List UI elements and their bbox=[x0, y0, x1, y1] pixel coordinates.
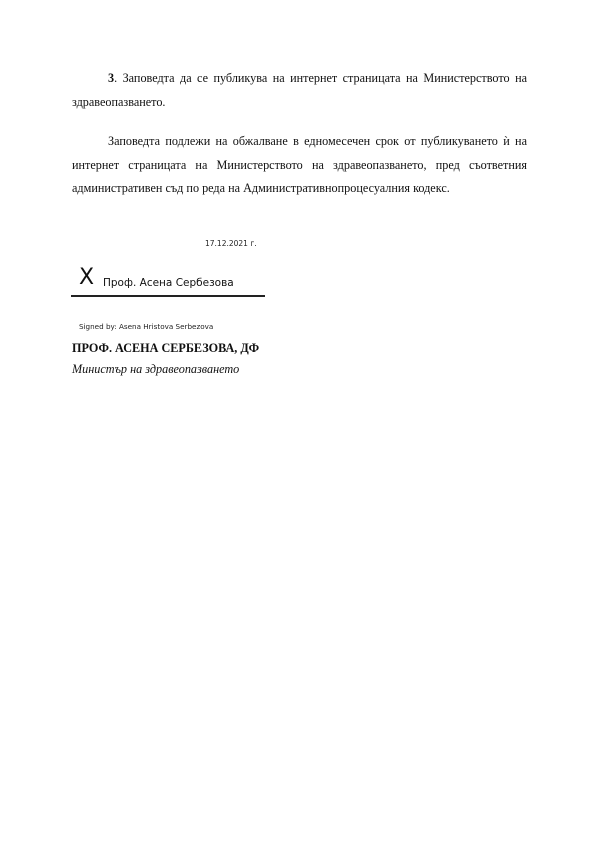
signature-date: 17.12.2021 г. bbox=[205, 239, 257, 248]
paragraph-item-3: 3. Заповедта да се публикува на интернет… bbox=[72, 67, 527, 114]
signature-printed-name: Проф. Асена Сербезова bbox=[103, 277, 234, 289]
signature-line bbox=[71, 295, 265, 297]
paragraph-line: Заповедта подлежи на обжалване в едномес… bbox=[72, 130, 527, 154]
paragraph-line: интернет страницата на Министерството на… bbox=[72, 154, 527, 178]
paragraph-text: . Заповедта да се публикува на интернет … bbox=[114, 71, 527, 85]
paragraph-line: здравеопазването. bbox=[72, 91, 527, 115]
signature-x-mark: X bbox=[79, 266, 94, 290]
signer-title: Министър на здравеопазването bbox=[72, 362, 239, 377]
paragraph-line: 3. Заповедта да се публикува на интернет… bbox=[72, 67, 527, 91]
signed-by-label: Signed by: Asena Hristova Serbezova bbox=[79, 322, 213, 331]
document-page: 3. Заповедта да се публикува на интернет… bbox=[0, 0, 600, 848]
paragraph-appeal: Заповедта подлежи на обжалване в едномес… bbox=[72, 130, 527, 201]
signer-name: ПРОФ. АСЕНА СЕРБЕЗОВА, ДФ bbox=[72, 341, 259, 356]
paragraph-line: административен съд по реда на Администр… bbox=[72, 177, 527, 201]
paragraph-text: Заповедта подлежи на обжалване в едномес… bbox=[108, 134, 527, 148]
